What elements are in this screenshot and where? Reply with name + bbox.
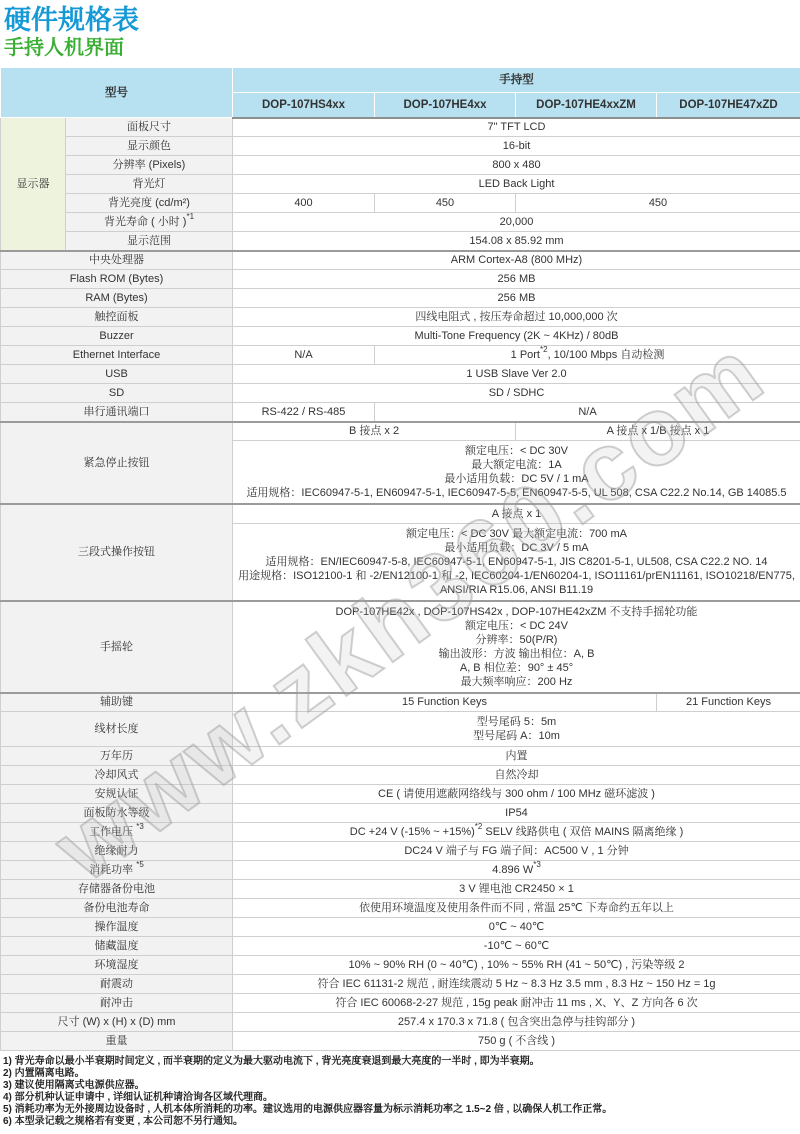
value-ram: 256 MB	[233, 289, 800, 308]
footnote-ref: *2	[475, 822, 483, 831]
row-calendar: 万年历 内置	[1, 747, 800, 766]
label-three-stage: 三段式操作按钮	[1, 504, 233, 601]
row-cooling: 冷却风式 自然冷却	[1, 766, 800, 785]
label-display-color: 显示颜色	[66, 137, 233, 156]
value-calendar: 内置	[233, 747, 800, 766]
value-three-stage-contact: A 接点 x 1	[233, 504, 800, 523]
header-model-he4xx: DOP-107HE4xx	[375, 93, 516, 118]
value-brightness-he4xx: 450	[375, 194, 516, 213]
value-aux-keys-zd: 21 Function Keys	[657, 693, 800, 712]
row-backlight-life: 背光寿命 ( 小时 )*1 20,000	[1, 213, 800, 232]
label-dimensions: 尺寸 (W) x (H) x (D) mm	[1, 1013, 233, 1032]
row-sd: SD SD / SDHC	[1, 384, 800, 403]
label-panel-size: 面板尺寸	[66, 118, 233, 137]
row-dimensions: 尺寸 (W) x (H) x (D) mm 257.4 x 170.3 x 71…	[1, 1013, 800, 1032]
footnote-ref: *3	[533, 860, 541, 869]
label-backlight-life: 背光寿命 ( 小时 )*1	[66, 213, 233, 232]
value-estop-details: 额定电压：< DC 30V 最大额定电流：1A 最小适用负载：DC 5V / 1…	[233, 441, 800, 505]
value-weight: 750 g ( 不含线 )	[233, 1032, 800, 1051]
row-brightness: 背光亮度 (cd/m²) 400 450 450	[1, 194, 800, 213]
footnote-6: 6) 本型录记载之规格若有变更 , 本公司恕不另行通知。	[3, 1116, 800, 1128]
value-panel-size: 7" TFT LCD	[233, 118, 800, 137]
label-aux-keys: 辅助键	[1, 693, 233, 712]
header-model: 型号	[1, 68, 233, 118]
value-shock: 符合 IEC 60068-2-27 规范 , 15g peak 耐冲击 11 m…	[233, 994, 800, 1013]
row-weight: 重量 750 g ( 不含线 )	[1, 1032, 800, 1051]
label-calendar: 万年历	[1, 747, 233, 766]
row-backlight: 背光灯 LED Back Light	[1, 175, 800, 194]
label-ethernet: Ethernet Interface	[1, 346, 233, 365]
label-backlight: 背光灯	[66, 175, 233, 194]
label-cpu: 中央处理器	[1, 251, 233, 270]
label-op-temp: 操作温度	[1, 918, 233, 937]
value-vibration: 符合 IEC 61131-2 规范 , 耐连续震动 5 Hz ~ 8.3 Hz …	[233, 975, 800, 994]
value-flash: 256 MB	[233, 270, 800, 289]
row-flash: Flash ROM (Bytes) 256 MB	[1, 270, 800, 289]
label-estop: 紧急停止按钮	[1, 422, 233, 505]
row-usb: USB 1 USB Slave Ver 2.0	[1, 365, 800, 384]
row-display-color: 显示颜色 16-bit	[1, 137, 800, 156]
value-voltage: DC +24 V (-15% ~ +15%)*2 SELV 线路供电 ( 双倍 …	[233, 823, 800, 842]
row-battery-life: 备份电池寿命 依使用环境温度及使用条件而不同 , 常温 25℃ 下寿命约五年以上	[1, 899, 800, 918]
value-waterproof: IP54	[233, 804, 800, 823]
footnotes: 1) 背光寿命以最小半衰期时间定义 , 而半衰期的定义为最大驱动电流下 , 背光…	[3, 1056, 800, 1128]
value-battery: 3 V 锂电池 CR2450 × 1	[233, 880, 800, 899]
value-three-stage-details: 额定电压：< DC 30V 最大额定电流：700 mA 最小适用负载：DC 3V…	[233, 523, 800, 601]
row-insulation: 绝缘耐力 DC24 V 端子与 FG 端子间：AC500 V , 1 分钟	[1, 842, 800, 861]
value-brightness-zm-zd: 450	[516, 194, 800, 213]
value-estop-contacts-34: A 接点 x 1/B 接点 x 1	[516, 422, 800, 441]
label-insulation: 绝缘耐力	[1, 842, 233, 861]
row-buzzer: Buzzer Multi-Tone Frequency (2K ~ 4KHz) …	[1, 327, 800, 346]
label-cooling: 冷却风式	[1, 766, 233, 785]
label-waterproof: 面板防水等级	[1, 804, 233, 823]
value-power: 4.896 W*3	[233, 861, 800, 880]
label-cable: 线材长度	[1, 712, 233, 747]
value-serial-hs4xx: RS-422 / RS-485	[233, 403, 375, 422]
footnote-ref: *3	[136, 822, 144, 831]
value-text: 1 Port	[511, 349, 540, 361]
header-model-hs4xx: DOP-107HS4xx	[233, 93, 375, 118]
row-vibration: 耐震动 符合 IEC 61131-2 规范 , 耐连续震动 5 Hz ~ 8.3…	[1, 975, 800, 994]
row-three-stage-contact: 三段式操作按钮 A 接点 x 1	[1, 504, 800, 523]
footnote-4: 4) 部分机种认证申请中 , 详细认证机种请洽询各区域代理商。	[3, 1092, 800, 1104]
value-insulation: DC24 V 端子与 FG 端子间：AC500 V , 1 分钟	[233, 842, 800, 861]
value-buzzer: Multi-Tone Frequency (2K ~ 4KHz) / 80dB	[233, 327, 800, 346]
row-cable: 线材长度 型号尾码 5：5m 型号尾码 A：10m	[1, 712, 800, 747]
label-touch: 触控面板	[1, 308, 233, 327]
label-brightness: 背光亮度 (cd/m²)	[66, 194, 233, 213]
header-model-he47xzd: DOP-107HE47xZD	[657, 93, 800, 118]
value-text: SELV 线路供电 ( 双倍 MAINS 隔离绝缘 )	[482, 826, 683, 838]
footnote-2: 2) 内置隔离电路。	[3, 1068, 800, 1080]
label-text: 背光寿命 ( 小时 )	[104, 216, 187, 228]
label-humidity: 环境湿度	[1, 956, 233, 975]
row-handwheel: 手摇轮 DOP-107HE42x , DOP-107HS42x , DOP-10…	[1, 601, 800, 693]
row-waterproof: 面板防水等级 IP54	[1, 804, 800, 823]
row-ram: RAM (Bytes) 256 MB	[1, 289, 800, 308]
label-voltage: 工作电压 *3	[1, 823, 233, 842]
footnote-ref: *2	[540, 345, 548, 354]
label-battery: 存储器备份电池	[1, 880, 233, 899]
label-serial: 串行通讯端口	[1, 403, 233, 422]
value-brightness-hs4xx: 400	[233, 194, 375, 213]
page-title: 硬件规格表	[4, 5, 800, 36]
row-cpu: 中央处理器 ARM Cortex-A8 (800 MHz)	[1, 251, 800, 270]
value-cable: 型号尾码 5：5m 型号尾码 A：10m	[233, 712, 800, 747]
value-estop-contacts-12: B 接点 x 2	[233, 422, 516, 441]
value-text: DC +24 V (-15% ~ +15%)	[350, 826, 475, 838]
value-serial-others: N/A	[375, 403, 800, 422]
value-text: , 10/100 Mbps 自动检测	[548, 349, 665, 361]
value-backlight: LED Back Light	[233, 175, 800, 194]
footnote-ref: *5	[136, 860, 144, 869]
label-certification: 安规认证	[1, 785, 233, 804]
label-flash: Flash ROM (Bytes)	[1, 270, 233, 289]
label-display-area: 显示范围	[66, 232, 233, 251]
label-buzzer: Buzzer	[1, 327, 233, 346]
value-display-color: 16-bit	[233, 137, 800, 156]
row-serial: 串行通讯端口 RS-422 / RS-485 N/A	[1, 403, 800, 422]
row-storage-temp: 储藏温度 -10℃ ~ 60℃	[1, 937, 800, 956]
value-op-temp: 0℃ ~ 40℃	[233, 918, 800, 937]
header-handheld-type: 手持型	[233, 68, 800, 93]
value-battery-life: 依使用环境温度及使用条件而不同 , 常温 25℃ 下寿命约五年以上	[233, 899, 800, 918]
row-power: 消耗功率 *5 4.896 W*3	[1, 861, 800, 880]
value-touch: 四线电阻式 , 按压寿命超过 10,000,000 次	[233, 308, 800, 327]
row-ethernet: Ethernet Interface N/A 1 Port*2, 10/100 …	[1, 346, 800, 365]
label-shock: 耐冲击	[1, 994, 233, 1013]
footnote-ref: *1	[186, 212, 194, 221]
value-display-area: 154.08 x 85.92 mm	[233, 232, 800, 251]
value-ethernet-hs4xx: N/A	[233, 346, 375, 365]
footnote-3: 3) 建议使用隔离式电源供应器。	[3, 1080, 800, 1092]
label-usb: USB	[1, 365, 233, 384]
header-model-he4xxzm: DOP-107HE4xxZM	[516, 93, 657, 118]
table-header: 型号 手持型 DOP-107HS4xx DOP-107HE4xx DOP-107…	[1, 68, 800, 118]
label-ram: RAM (Bytes)	[1, 289, 233, 308]
label-sd: SD	[1, 384, 233, 403]
value-sd: SD / SDHC	[233, 384, 800, 403]
value-storage-temp: -10℃ ~ 60℃	[233, 937, 800, 956]
value-ethernet-others: 1 Port*2, 10/100 Mbps 自动检测	[375, 346, 800, 365]
row-resolution: 分辨率 (Pixels) 800 x 480	[1, 156, 800, 175]
row-display-area: 显示范围 154.08 x 85.92 mm	[1, 232, 800, 251]
row-voltage: 工作电压 *3 DC +24 V (-15% ~ +15%)*2 SELV 线路…	[1, 823, 800, 842]
row-estop-contacts: 紧急停止按钮 B 接点 x 2 A 接点 x 1/B 接点 x 1	[1, 422, 800, 441]
value-certification: CE ( 请使用遮蔽网络线与 300 ohm / 100 MHz 磁环滤波 )	[233, 785, 800, 804]
value-usb: 1 USB Slave Ver 2.0	[233, 365, 800, 384]
value-humidity: 10% ~ 90% RH (0 ~ 40℃) , 10% ~ 55% RH (4…	[233, 956, 800, 975]
footnote-1: 1) 背光寿命以最小半衰期时间定义 , 而半衰期的定义为最大驱动电流下 , 背光…	[3, 1056, 800, 1068]
row-shock: 耐冲击 符合 IEC 60068-2-27 规范 , 15g peak 耐冲击 …	[1, 994, 800, 1013]
row-op-temp: 操作温度 0℃ ~ 40℃	[1, 918, 800, 937]
label-text: 工作电压	[89, 826, 136, 838]
spec-table: 型号 手持型 DOP-107HS4xx DOP-107HE4xx DOP-107…	[0, 67, 800, 1051]
category-display: 显示器	[1, 118, 66, 251]
spec-page: 硬件规格表 手持人机界面 www.zkh360.com 型号 手持型 DOP-1…	[0, 0, 800, 1134]
row-battery: 存储器备份电池 3 V 锂电池 CR2450 × 1	[1, 880, 800, 899]
row-touch: 触控面板 四线电阻式 , 按压寿命超过 10,000,000 次	[1, 308, 800, 327]
page-subtitle: 手持人机界面	[4, 37, 800, 60]
label-vibration: 耐震动	[1, 975, 233, 994]
value-handwheel-details: DOP-107HE42x , DOP-107HS42x , DOP-107HE4…	[233, 601, 800, 693]
label-storage-temp: 储藏温度	[1, 937, 233, 956]
value-cpu: ARM Cortex-A8 (800 MHz)	[233, 251, 800, 270]
row-certification: 安规认证 CE ( 请使用遮蔽网络线与 300 ohm / 100 MHz 磁环…	[1, 785, 800, 804]
row-panel-size: 显示器 面板尺寸 7" TFT LCD	[1, 118, 800, 137]
row-humidity: 环境湿度 10% ~ 90% RH (0 ~ 40℃) , 10% ~ 55% …	[1, 956, 800, 975]
value-aux-keys-123: 15 Function Keys	[233, 693, 657, 712]
label-power: 消耗功率 *5	[1, 861, 233, 880]
value-text: 4.896 W	[492, 864, 533, 876]
label-resolution: 分辨率 (Pixels)	[66, 156, 233, 175]
footnote-5: 5) 消耗功率为无外接周边设备时 , 人机本体所消耗的功率。建议选用的电源供应器…	[3, 1104, 800, 1116]
label-handwheel: 手摇轮	[1, 601, 233, 693]
label-text: 消耗功率	[89, 864, 136, 876]
value-resolution: 800 x 480	[233, 156, 800, 175]
value-cooling: 自然冷却	[233, 766, 800, 785]
row-aux-keys: 辅助键 15 Function Keys 21 Function Keys	[1, 693, 800, 712]
value-backlight-life: 20,000	[233, 213, 800, 232]
label-battery-life: 备份电池寿命	[1, 899, 233, 918]
value-dimensions: 257.4 x 170.3 x 71.8 ( 包含突出急停与挂钩部分 )	[233, 1013, 800, 1032]
label-weight: 重量	[1, 1032, 233, 1051]
